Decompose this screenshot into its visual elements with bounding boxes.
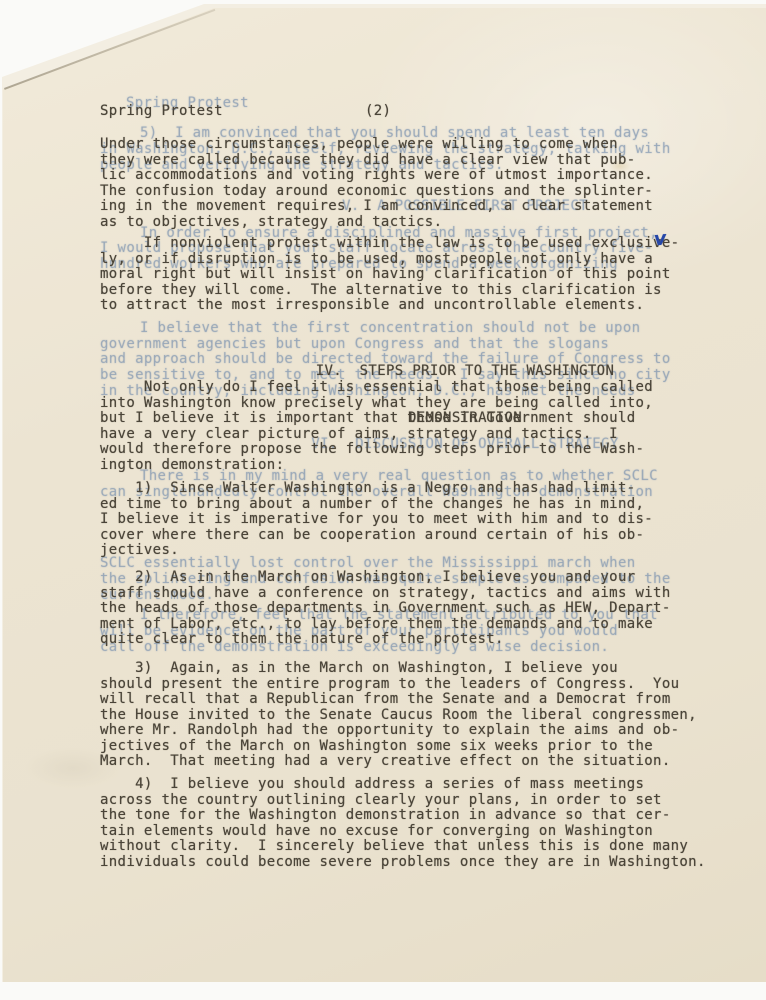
numbered-item-3: 3) Again, as in the March on Washington,… [100,661,697,770]
numbered-item-2: 2) As in the March on Washington, I beli… [100,570,671,648]
scanned-document: Spring Protest 5) I am convinced that yo… [0,0,766,1000]
section-heading-line-1: IV. STEPS PRIOR TO THE WASHINGTON [165,364,765,380]
page-number: (2) [365,104,391,120]
document-title: Spring Protest [100,104,223,120]
paragraph-2: If nonviolent protest within the law is … [100,236,679,314]
paragraph-1: Under those circumstances, people were w… [100,137,653,230]
pen-correction-mark: v [653,227,668,250]
numbered-item-1: 1) Since Walter Washington is a Negro an… [100,481,653,559]
paragraph-3: Not only do I feel it is essential that … [100,380,653,473]
numbered-item-4: 4) I believe you should address a series… [100,777,706,870]
